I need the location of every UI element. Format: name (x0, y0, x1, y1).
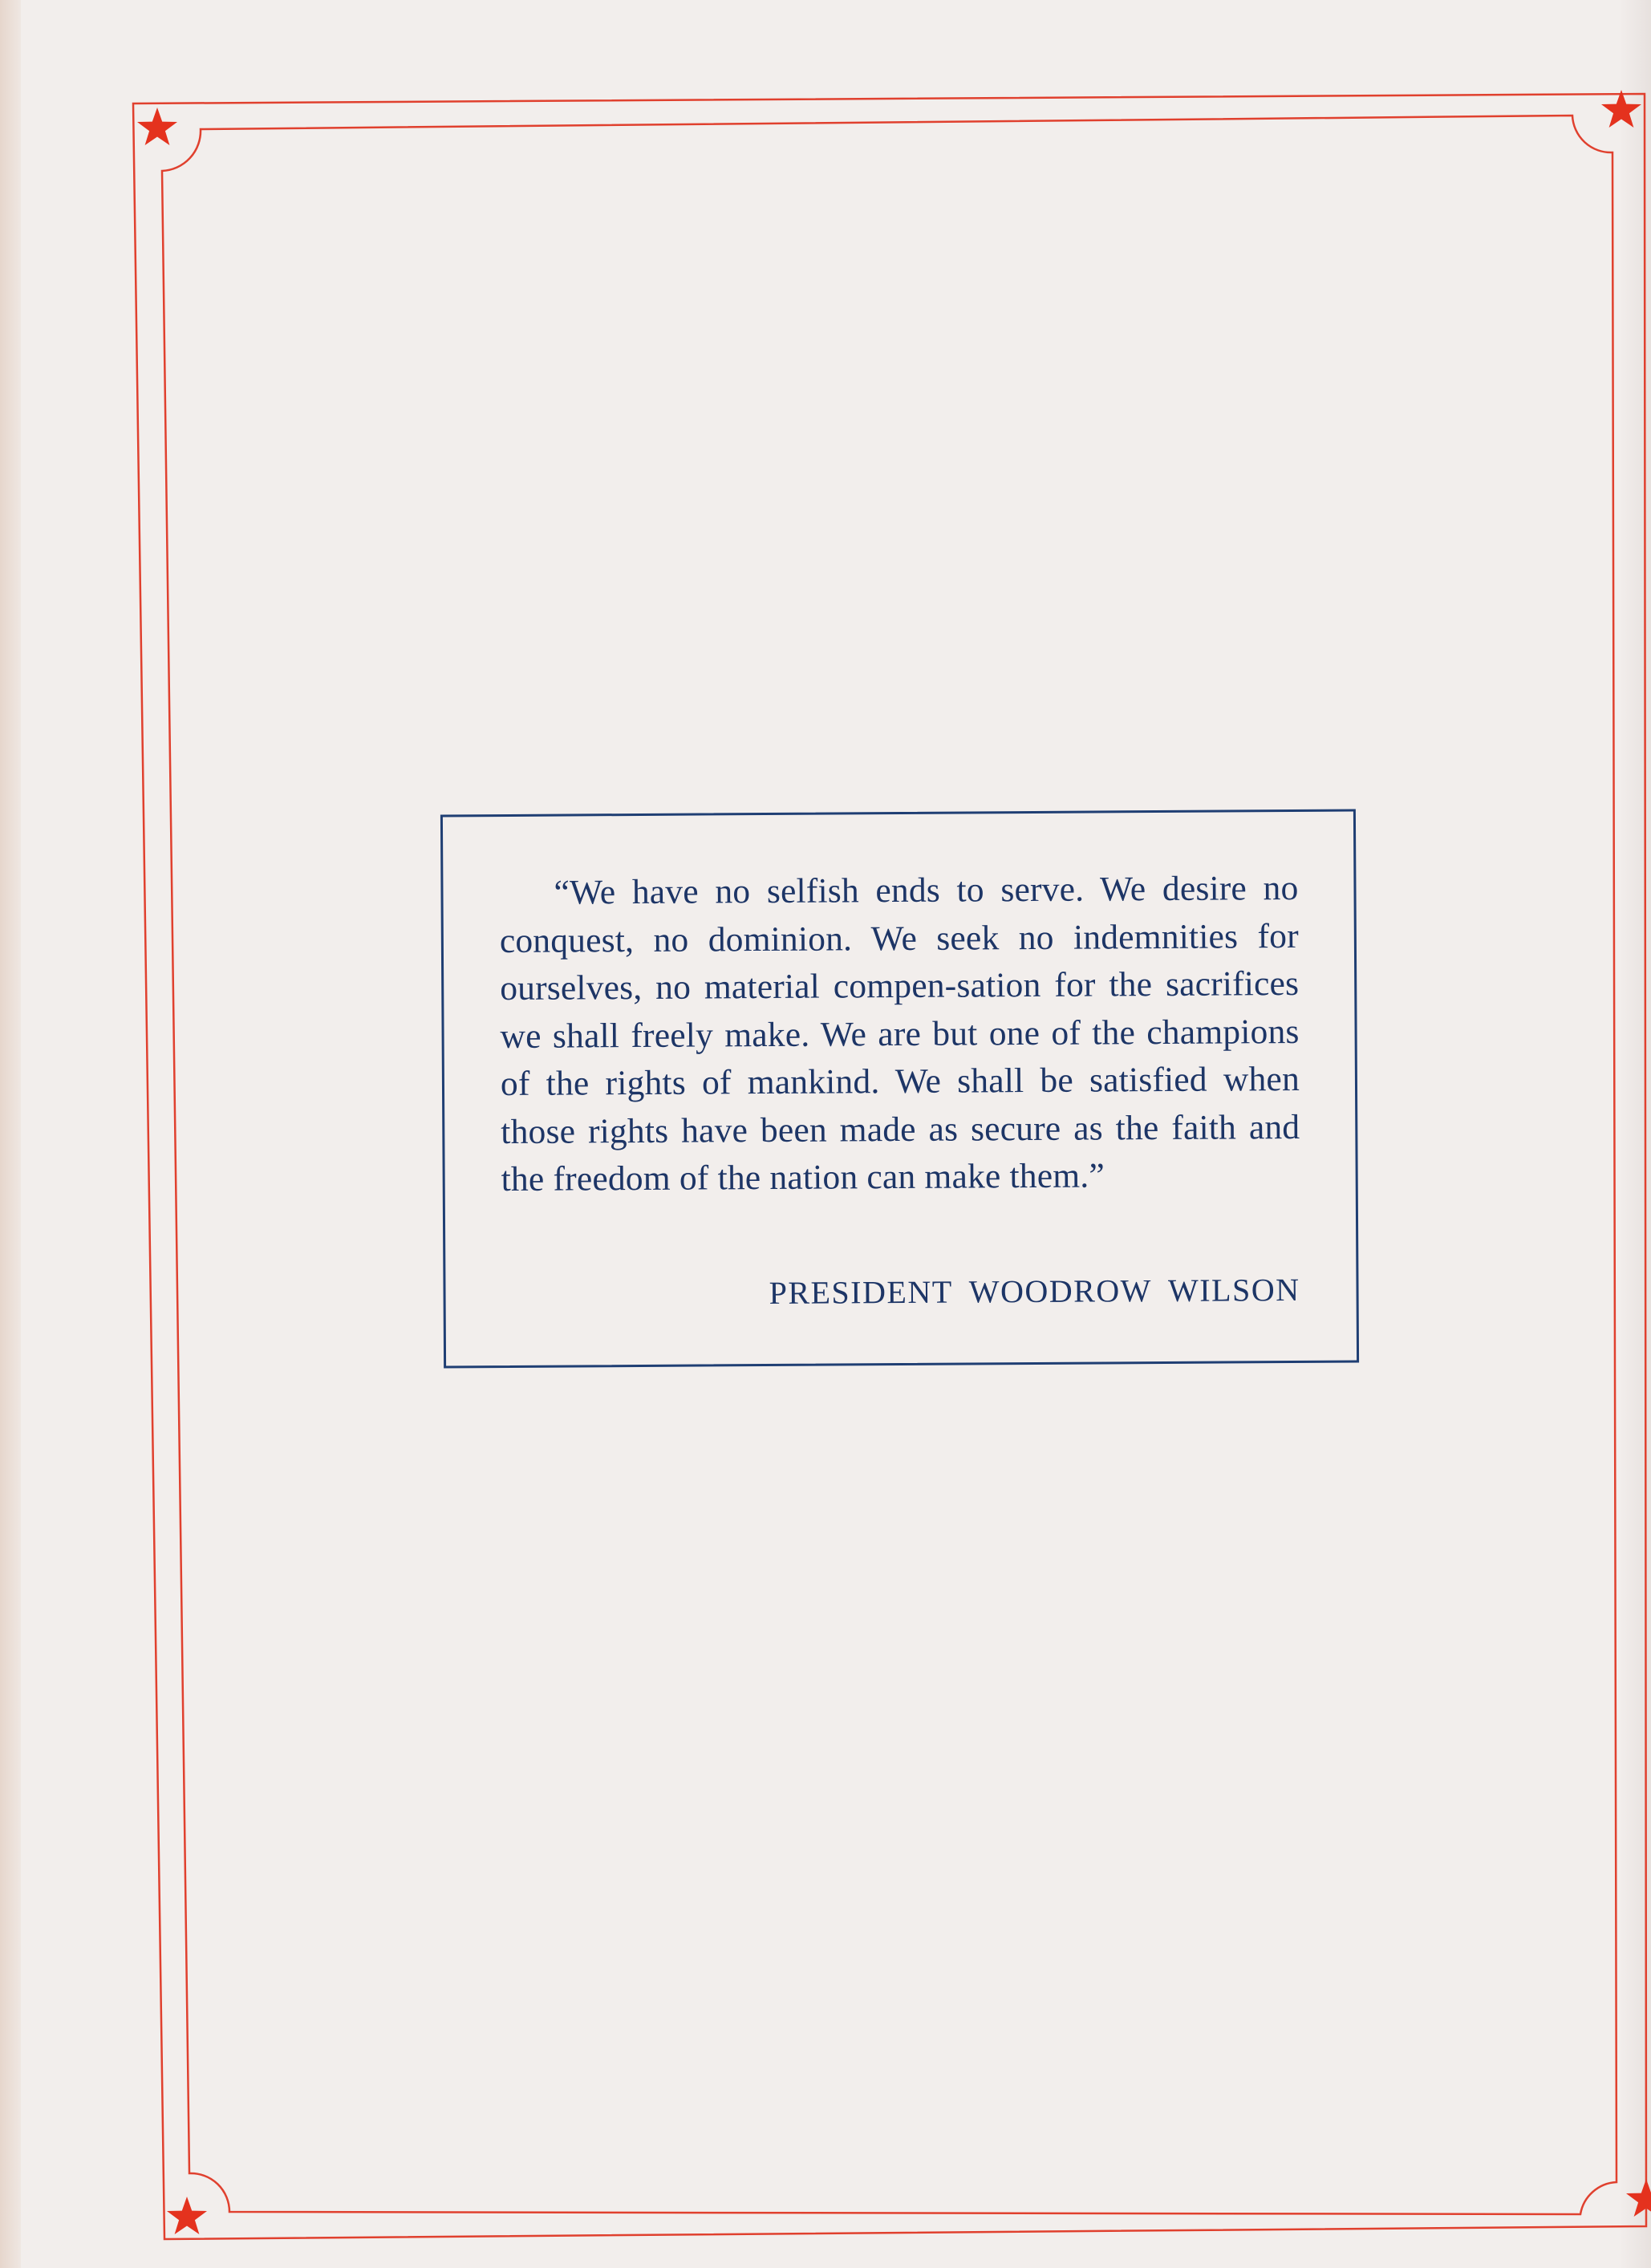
quote-text: “We have no selfish ends to serve. We de… (499, 865, 1300, 1204)
star-icon-top-left (137, 108, 177, 145)
quote-box: “We have no selfish ends to serve. We de… (440, 809, 1359, 1369)
star-icon-bottom-left (167, 2197, 207, 2234)
star-icon-top-right (1601, 90, 1641, 128)
quote-attribution: PRESIDENT WOODROW WILSON (769, 1271, 1300, 1312)
star-icon-bottom-right (1626, 2179, 1651, 2217)
